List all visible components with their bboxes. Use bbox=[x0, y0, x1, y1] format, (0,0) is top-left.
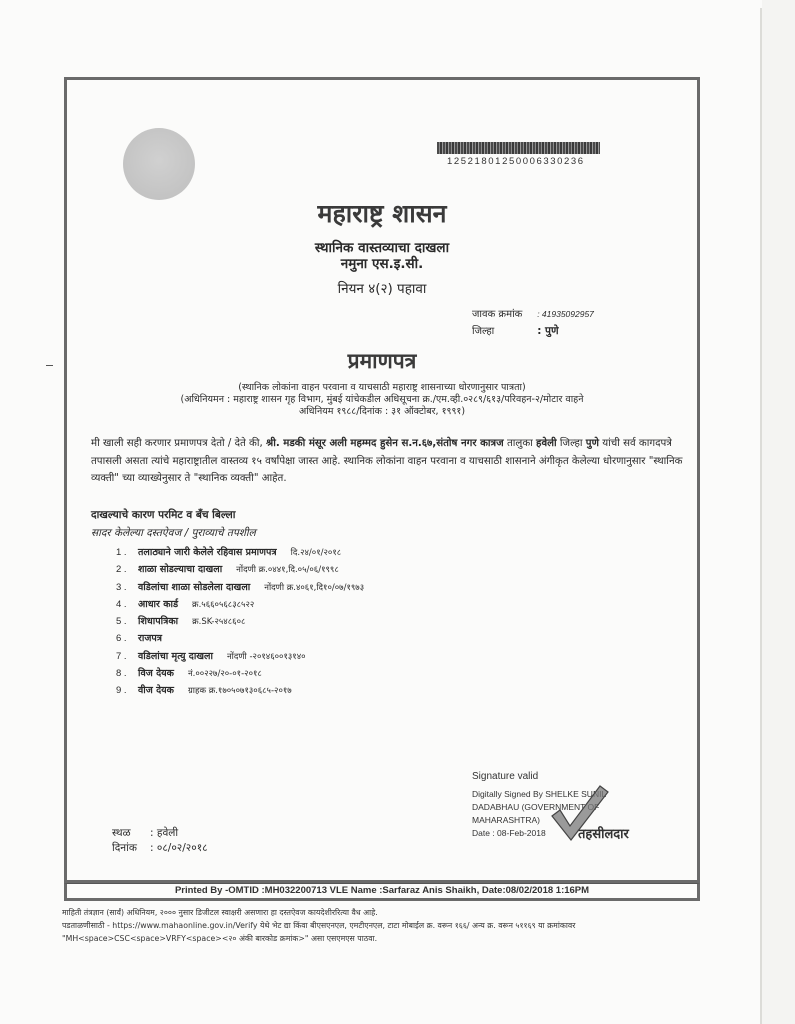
applicant-name: श्री. मडकी मंसूर अली महम्मद हुसेन स.न.६७… bbox=[266, 438, 504, 449]
margin-mark bbox=[46, 365, 53, 366]
list-item: 4 .आधार कार्डक्र.५६६०५६८३८५२२ bbox=[116, 597, 364, 614]
documents-heading: सादर केलेल्या दस्तऐवज / पुराव्याचे तपशील bbox=[91, 526, 256, 540]
documents-list: 1 .तलाठ्याने जारी केलेले रहिवास प्रमाणपत… bbox=[116, 545, 364, 701]
purpose-line: (स्थानिक लोकांना वाहन परवाना व याचसाठी म… bbox=[64, 382, 700, 394]
form-number: नमुना एस.इ.सी. bbox=[64, 254, 700, 272]
district-value: : पुणे bbox=[537, 325, 558, 337]
state-emblem-seal-icon bbox=[123, 128, 195, 200]
list-item: 3 .वडिलांचा शाळा सोडलेला दाखलानोंदणी क्र… bbox=[116, 580, 364, 597]
place-label: स्थळ bbox=[112, 826, 150, 841]
list-item: 2 .शाळा सोडल्याचा दाखलानोंदणी क्र.०४४१,द… bbox=[116, 562, 364, 579]
certificate-title: प्रमाणपत्र bbox=[64, 347, 700, 375]
outward-number-label: जावक क्रमांक bbox=[472, 306, 534, 320]
verification-footer: माहिती तंत्रज्ञान (सार्वं) अधिनियम, २०००… bbox=[62, 906, 762, 946]
list-item: 1 .तलाठ्याने जारी केलेले रहिवास प्रमाणपत… bbox=[116, 545, 364, 562]
list-item: 8 .विज देयकनं.००२२७/२०-०१-२०१८ bbox=[116, 666, 364, 683]
district-inline: पुणे bbox=[586, 438, 599, 449]
taluka: हवेली bbox=[536, 438, 557, 449]
barcode-number: 12521801250006330236 bbox=[447, 156, 607, 167]
rule-reference: नियन ४(२) पहावा bbox=[64, 279, 700, 297]
act-line: अधिनियम १९८८/दिनांक : ३१ ऑक्टोबर, १९९१) bbox=[64, 406, 700, 418]
list-item: 7 .वडिलांचा मृत्यु दाखलानोंदणी -२०१४६००१… bbox=[116, 649, 364, 666]
checkmark-icon bbox=[548, 782, 610, 844]
date-label: दिनांक bbox=[112, 841, 150, 856]
signature-status: Signature valid bbox=[472, 771, 606, 782]
list-item: 9 .वीज देयकग्राहक क्र.१७०५०७१३०६८५-२०१७ bbox=[116, 683, 364, 700]
scan-edge bbox=[762, 0, 795, 1024]
outward-number-value: : 41935092957 bbox=[537, 309, 594, 319]
place-date-block: स्थळ: हवेली दिनांक: ०८/०२/२०१८ bbox=[112, 826, 208, 856]
place-value: : हवेली bbox=[150, 827, 178, 839]
district: जिल्हा : पुणे bbox=[472, 323, 559, 338]
page-edge-line bbox=[760, 8, 762, 1024]
notification-line: (अधिनियमन : महाराष्ट्र शासन गृह विभाग, म… bbox=[64, 394, 700, 406]
certificate-reason: दाखल्याचे कारण परमिट व बँच बिल्ला bbox=[91, 508, 235, 522]
printed-by-band: Printed By -OMTID :MH032200713 VLE Name … bbox=[64, 883, 700, 901]
barcode-icon bbox=[437, 142, 600, 154]
list-item: 6 .राजपत्र bbox=[116, 631, 364, 648]
certificate-body: मी खाली सही करणार प्रमाणपत्र देतो / देते… bbox=[91, 435, 691, 488]
district-label: जिल्हा bbox=[472, 323, 534, 337]
state-title: महाराष्ट्र शासन bbox=[64, 196, 700, 230]
date-value: : ०८/०२/२०१८ bbox=[150, 842, 208, 854]
outward-number: जावक क्रमांक : 41935092957 bbox=[472, 306, 594, 320]
list-item: 5 .शिधापत्रिकाक्र.SK-२५४८६०८ bbox=[116, 614, 364, 631]
